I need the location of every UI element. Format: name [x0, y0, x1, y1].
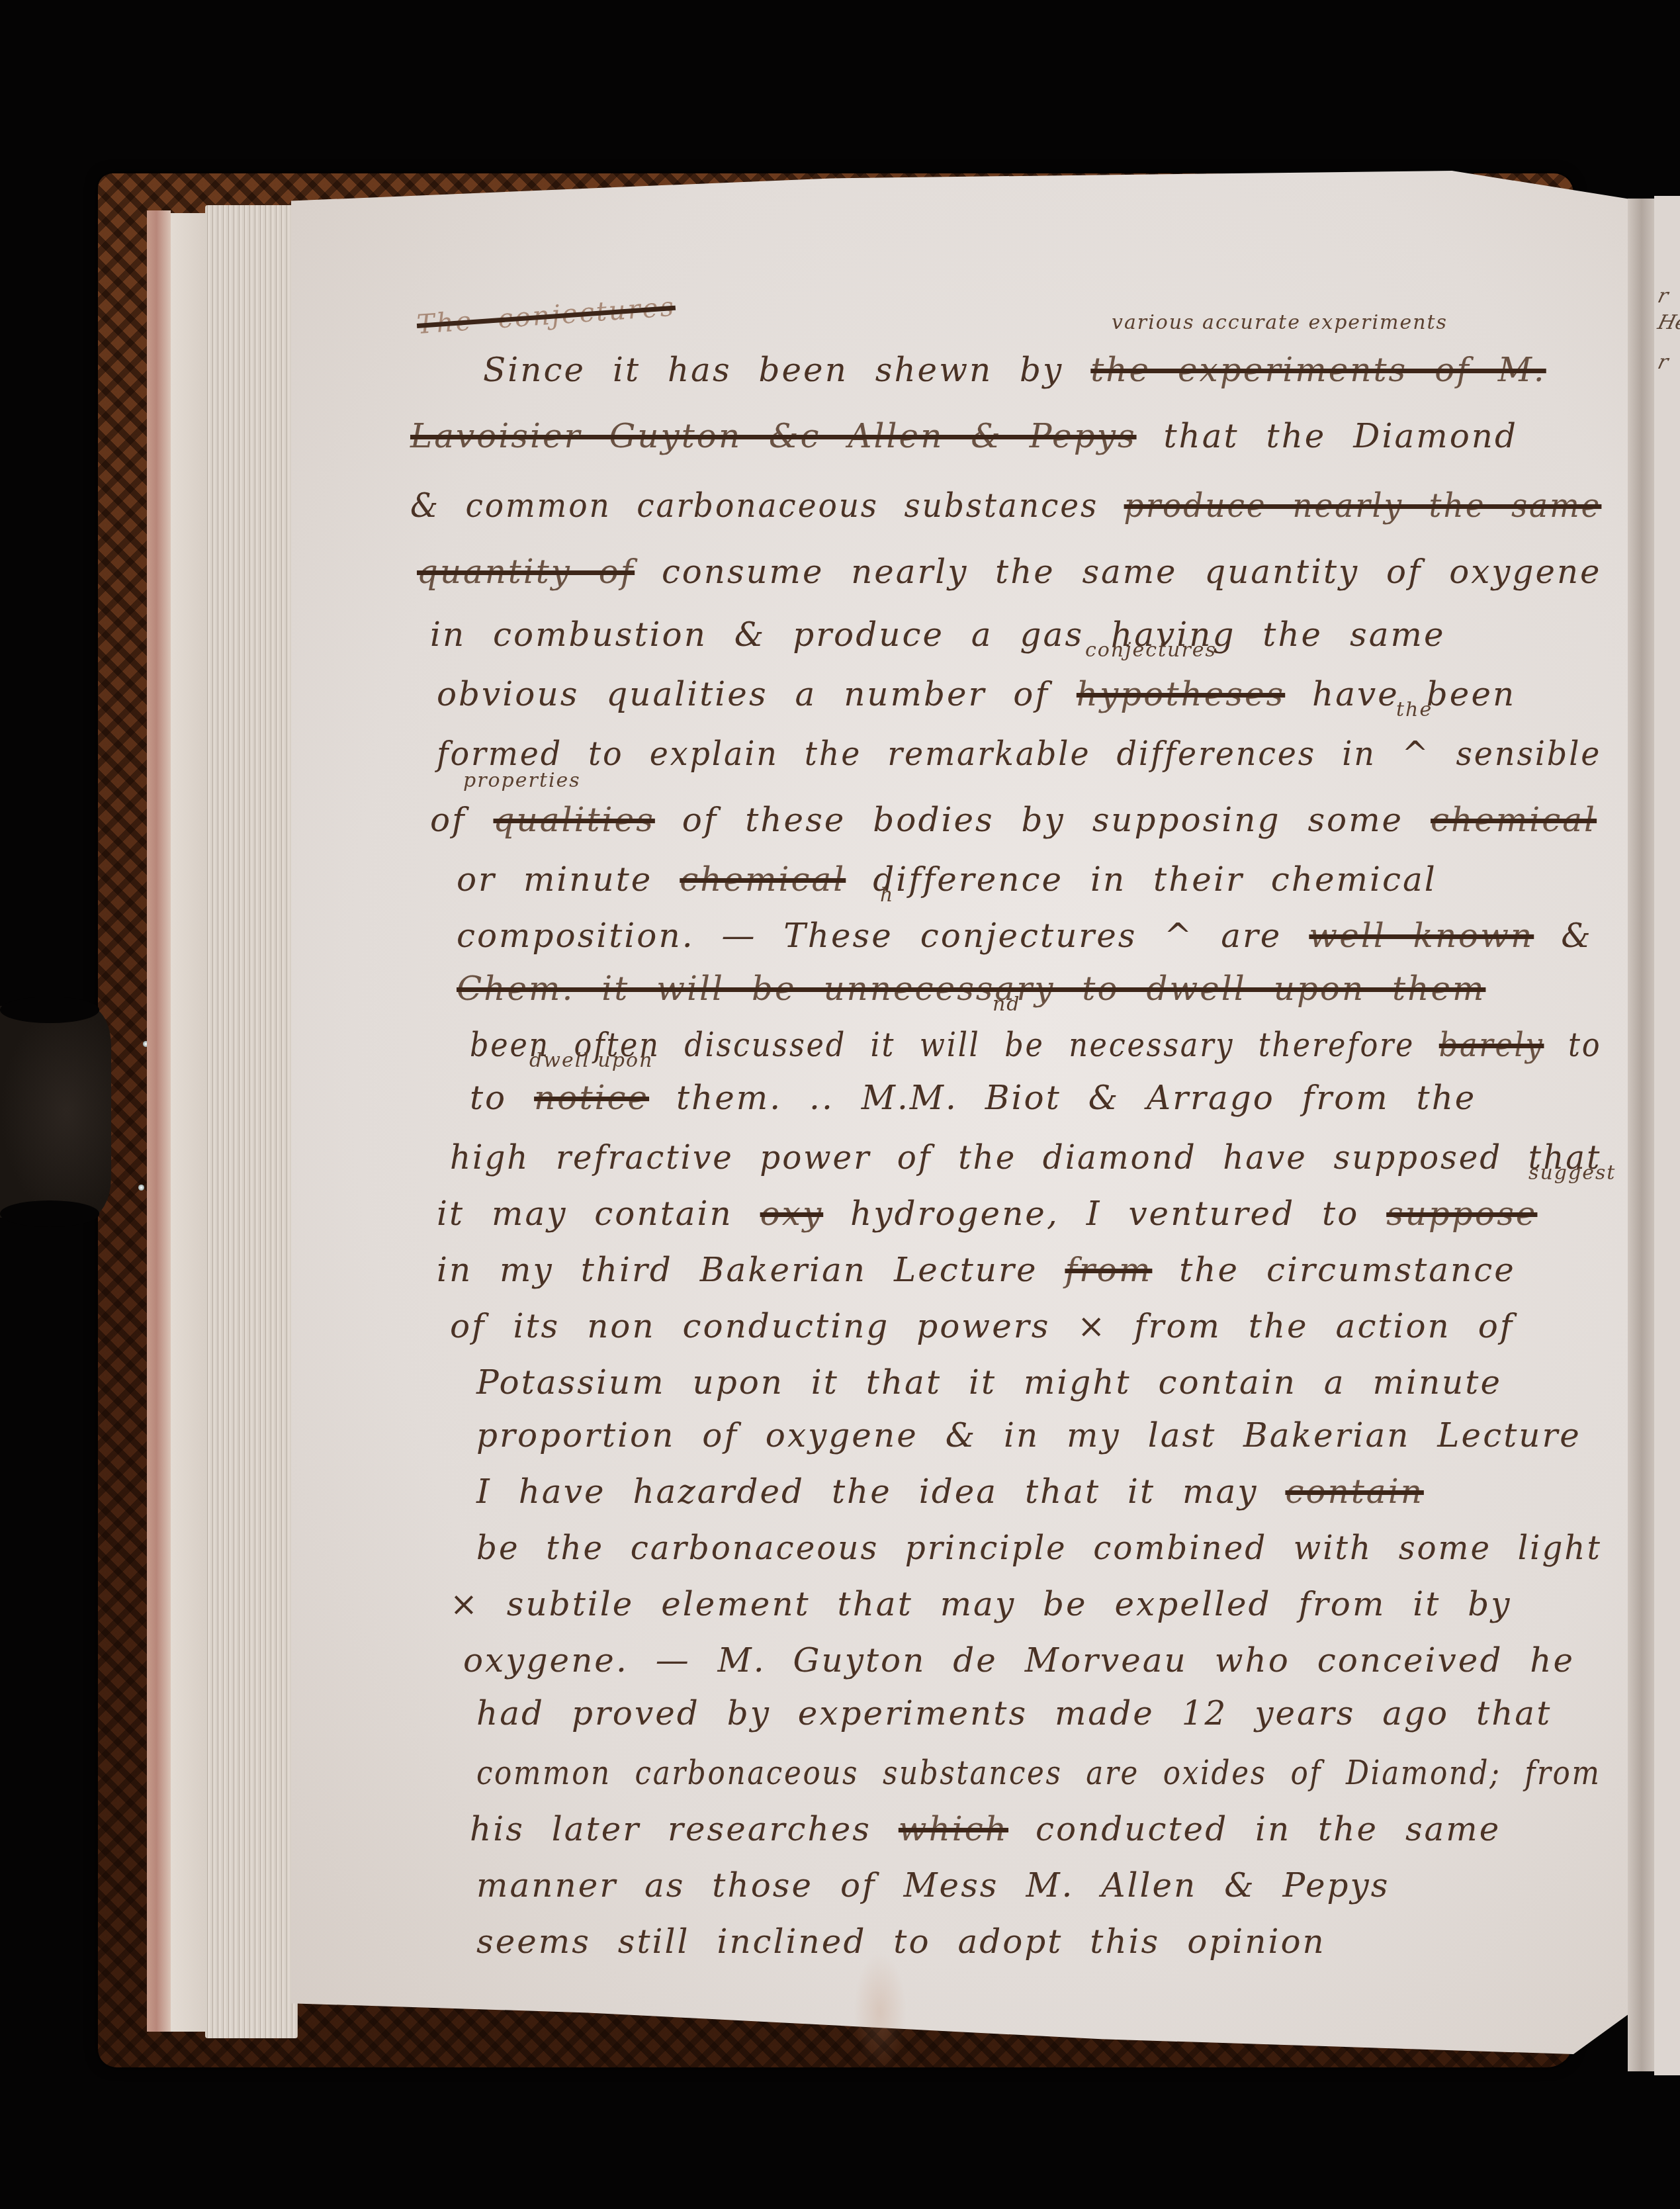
line-segment: high refractive power of the diamond hav… [450, 1138, 1601, 1177]
struck-segment: qualities [494, 801, 655, 839]
line-segment: Potassium upon it that it might contain … [476, 1363, 1502, 1402]
line-segment: oxygene. — M. Guyton de Morveau who conc… [463, 1641, 1575, 1680]
text-line-8: of qualities of these bodies by supposin… [430, 801, 1597, 839]
struck-segment: oxy [760, 1195, 824, 1233]
interlinear-insertion: properties [463, 769, 581, 792]
line-segment: it may contain [437, 1195, 760, 1233]
struck-segment: suppose [1386, 1195, 1537, 1233]
text-line-28: seems still inclined to adopt this opini… [476, 1922, 1326, 1961]
struck-segment: chemical [1431, 801, 1597, 839]
text-line-7: formed to explain the remarkable differe… [437, 735, 1601, 773]
line-segment: of [430, 801, 494, 839]
line-segment: or minute [457, 860, 680, 899]
struck-segment: produce nearly the same [1124, 486, 1602, 525]
line-segment: be the carbonaceous principle combined w… [476, 1529, 1602, 1567]
line-segment: manner as those of Mess M. Allen & Pepys [476, 1866, 1390, 1905]
text-line-20: I have hazarded the idea that it may con… [476, 1472, 1424, 1511]
line-segment: & [1534, 917, 1592, 955]
line-segment: had proved by experiments made 12 years … [476, 1694, 1552, 1733]
line-segment: to [470, 1079, 534, 1117]
line-segment: of its non conducting powers × from the … [450, 1307, 1514, 1345]
text-line-16: in my third Bakerian Lecture from the ci… [437, 1251, 1516, 1289]
line-segment: them. .. M.M. Biot & Arrago from the [649, 1079, 1476, 1117]
line-segment: composition. — These conjectures ^ are [457, 917, 1309, 955]
line-segment: & common carbonaceous substances [410, 486, 1124, 525]
text-line-19: proportion of oxygene & in my last Baker… [476, 1416, 1581, 1455]
text-line-13: to notice them. .. M.M. Biot & Arrago fr… [470, 1079, 1476, 1117]
line-segment: Since it has been shewn by [483, 351, 1090, 389]
line-segment: to [1544, 1026, 1601, 1064]
text-line-5: in combustion & produce a gas having the… [430, 615, 1446, 654]
struck-segment: contain [1285, 1472, 1423, 1511]
text-line-23: oxygene. — M. Guyton de Morveau who conc… [463, 1641, 1575, 1680]
interlinear-insertion: suggest [1528, 1161, 1616, 1185]
text-line-27: manner as those of Mess M. Allen & Pepys [476, 1866, 1390, 1905]
line-segment: hydrogene, I ventured to [823, 1195, 1386, 1233]
text-line-4: quantity of consume nearly the same quan… [417, 553, 1601, 591]
text-line-6: obvious qualities a number of hypotheses… [437, 675, 1516, 713]
line-segment: proportion of oxygene & in my last Baker… [476, 1416, 1581, 1455]
margin-note: The conjectures [416, 292, 676, 340]
line-segment: in my third Bakerian Lecture [437, 1251, 1065, 1289]
struck-segment: barely [1439, 1026, 1544, 1064]
text-line-25: common carbonaceous substances are oxide… [476, 1754, 1601, 1792]
text-line-2: Lavoisier Guyton &c Allen & Pepys that t… [410, 417, 1518, 455]
line-segment: formed to explain the remarkable differe… [437, 735, 1601, 773]
manuscript-text: The conjectures various accurate experim… [0, 0, 1680, 2209]
text-line-11: Chem. it will be unnecessary to dwell up… [457, 969, 1485, 1008]
text-line-26: his later researches which conducted in … [470, 1810, 1501, 1848]
line-segment: the circumstance [1152, 1251, 1516, 1289]
text-line-10: composition. — These conjectures ^ are w… [457, 917, 1593, 955]
struck-segment: hypotheses [1077, 675, 1285, 713]
line-segment: difference in their chemical [846, 860, 1437, 899]
line-segment: I have hazarded the idea that it may [476, 1472, 1285, 1511]
line-segment: his later researches [470, 1810, 899, 1848]
struck-segment: Chem. it will be unnecessary to dwell up… [457, 969, 1485, 1008]
text-line-14: high refractive power of the diamond hav… [450, 1138, 1601, 1177]
line-segment: conducted in the same [1008, 1810, 1501, 1848]
text-line-9: or minute chemical difference in their c… [457, 860, 1437, 899]
interlinear-insertion: conjectures [1085, 639, 1217, 662]
line-segment: that the Diamond [1137, 417, 1518, 455]
struck-segment: well known [1309, 917, 1534, 955]
line-segment: consume nearly the same quantity of oxyg… [635, 553, 1601, 591]
struck-segment: notice [534, 1079, 649, 1117]
interlinear-insertion: various accurate experiments [1112, 311, 1448, 334]
text-line-15: it may contain oxy hydrogene, I ventured… [437, 1195, 1537, 1233]
line-segment: × subtile element that may be expelled f… [450, 1585, 1511, 1623]
text-line-1: Since it has been shewn by the experimen… [483, 351, 1546, 389]
struck-segment: the experiments of M. [1090, 351, 1546, 389]
line-segment: in combustion & produce a gas having the… [430, 615, 1446, 654]
text-line-24: had proved by experiments made 12 years … [476, 1694, 1552, 1733]
interlinear-insertion: h [880, 883, 894, 907]
line-segment: obvious qualities a number of [437, 675, 1077, 713]
text-line-18: Potassium upon it that it might contain … [476, 1363, 1502, 1402]
line-segment: seems still inclined to adopt this opini… [476, 1922, 1326, 1961]
struck-segment: chemical [680, 860, 846, 899]
text-line-22: × subtile element that may be expelled f… [450, 1585, 1511, 1623]
struck-segment: quantity of [417, 553, 635, 591]
interlinear-insertion: the [1396, 698, 1433, 721]
text-line-21: be the carbonaceous principle combined w… [476, 1529, 1602, 1567]
struck-segment: which [899, 1810, 1008, 1848]
interlinear-insertion: nd [993, 993, 1021, 1016]
line-segment: common carbonaceous substances are oxide… [476, 1754, 1601, 1792]
text-line-17: of its non conducting powers × from the … [450, 1307, 1514, 1345]
interlinear-insertion: dwell upon [529, 1049, 653, 1072]
line-segment: of these bodies by supposing some [655, 801, 1431, 839]
struck-segment: from [1065, 1251, 1152, 1289]
struck-segment: Lavoisier Guyton &c Allen & Pepys [410, 417, 1137, 455]
text-line-3: & common carbonaceous substances produce… [410, 486, 1601, 525]
